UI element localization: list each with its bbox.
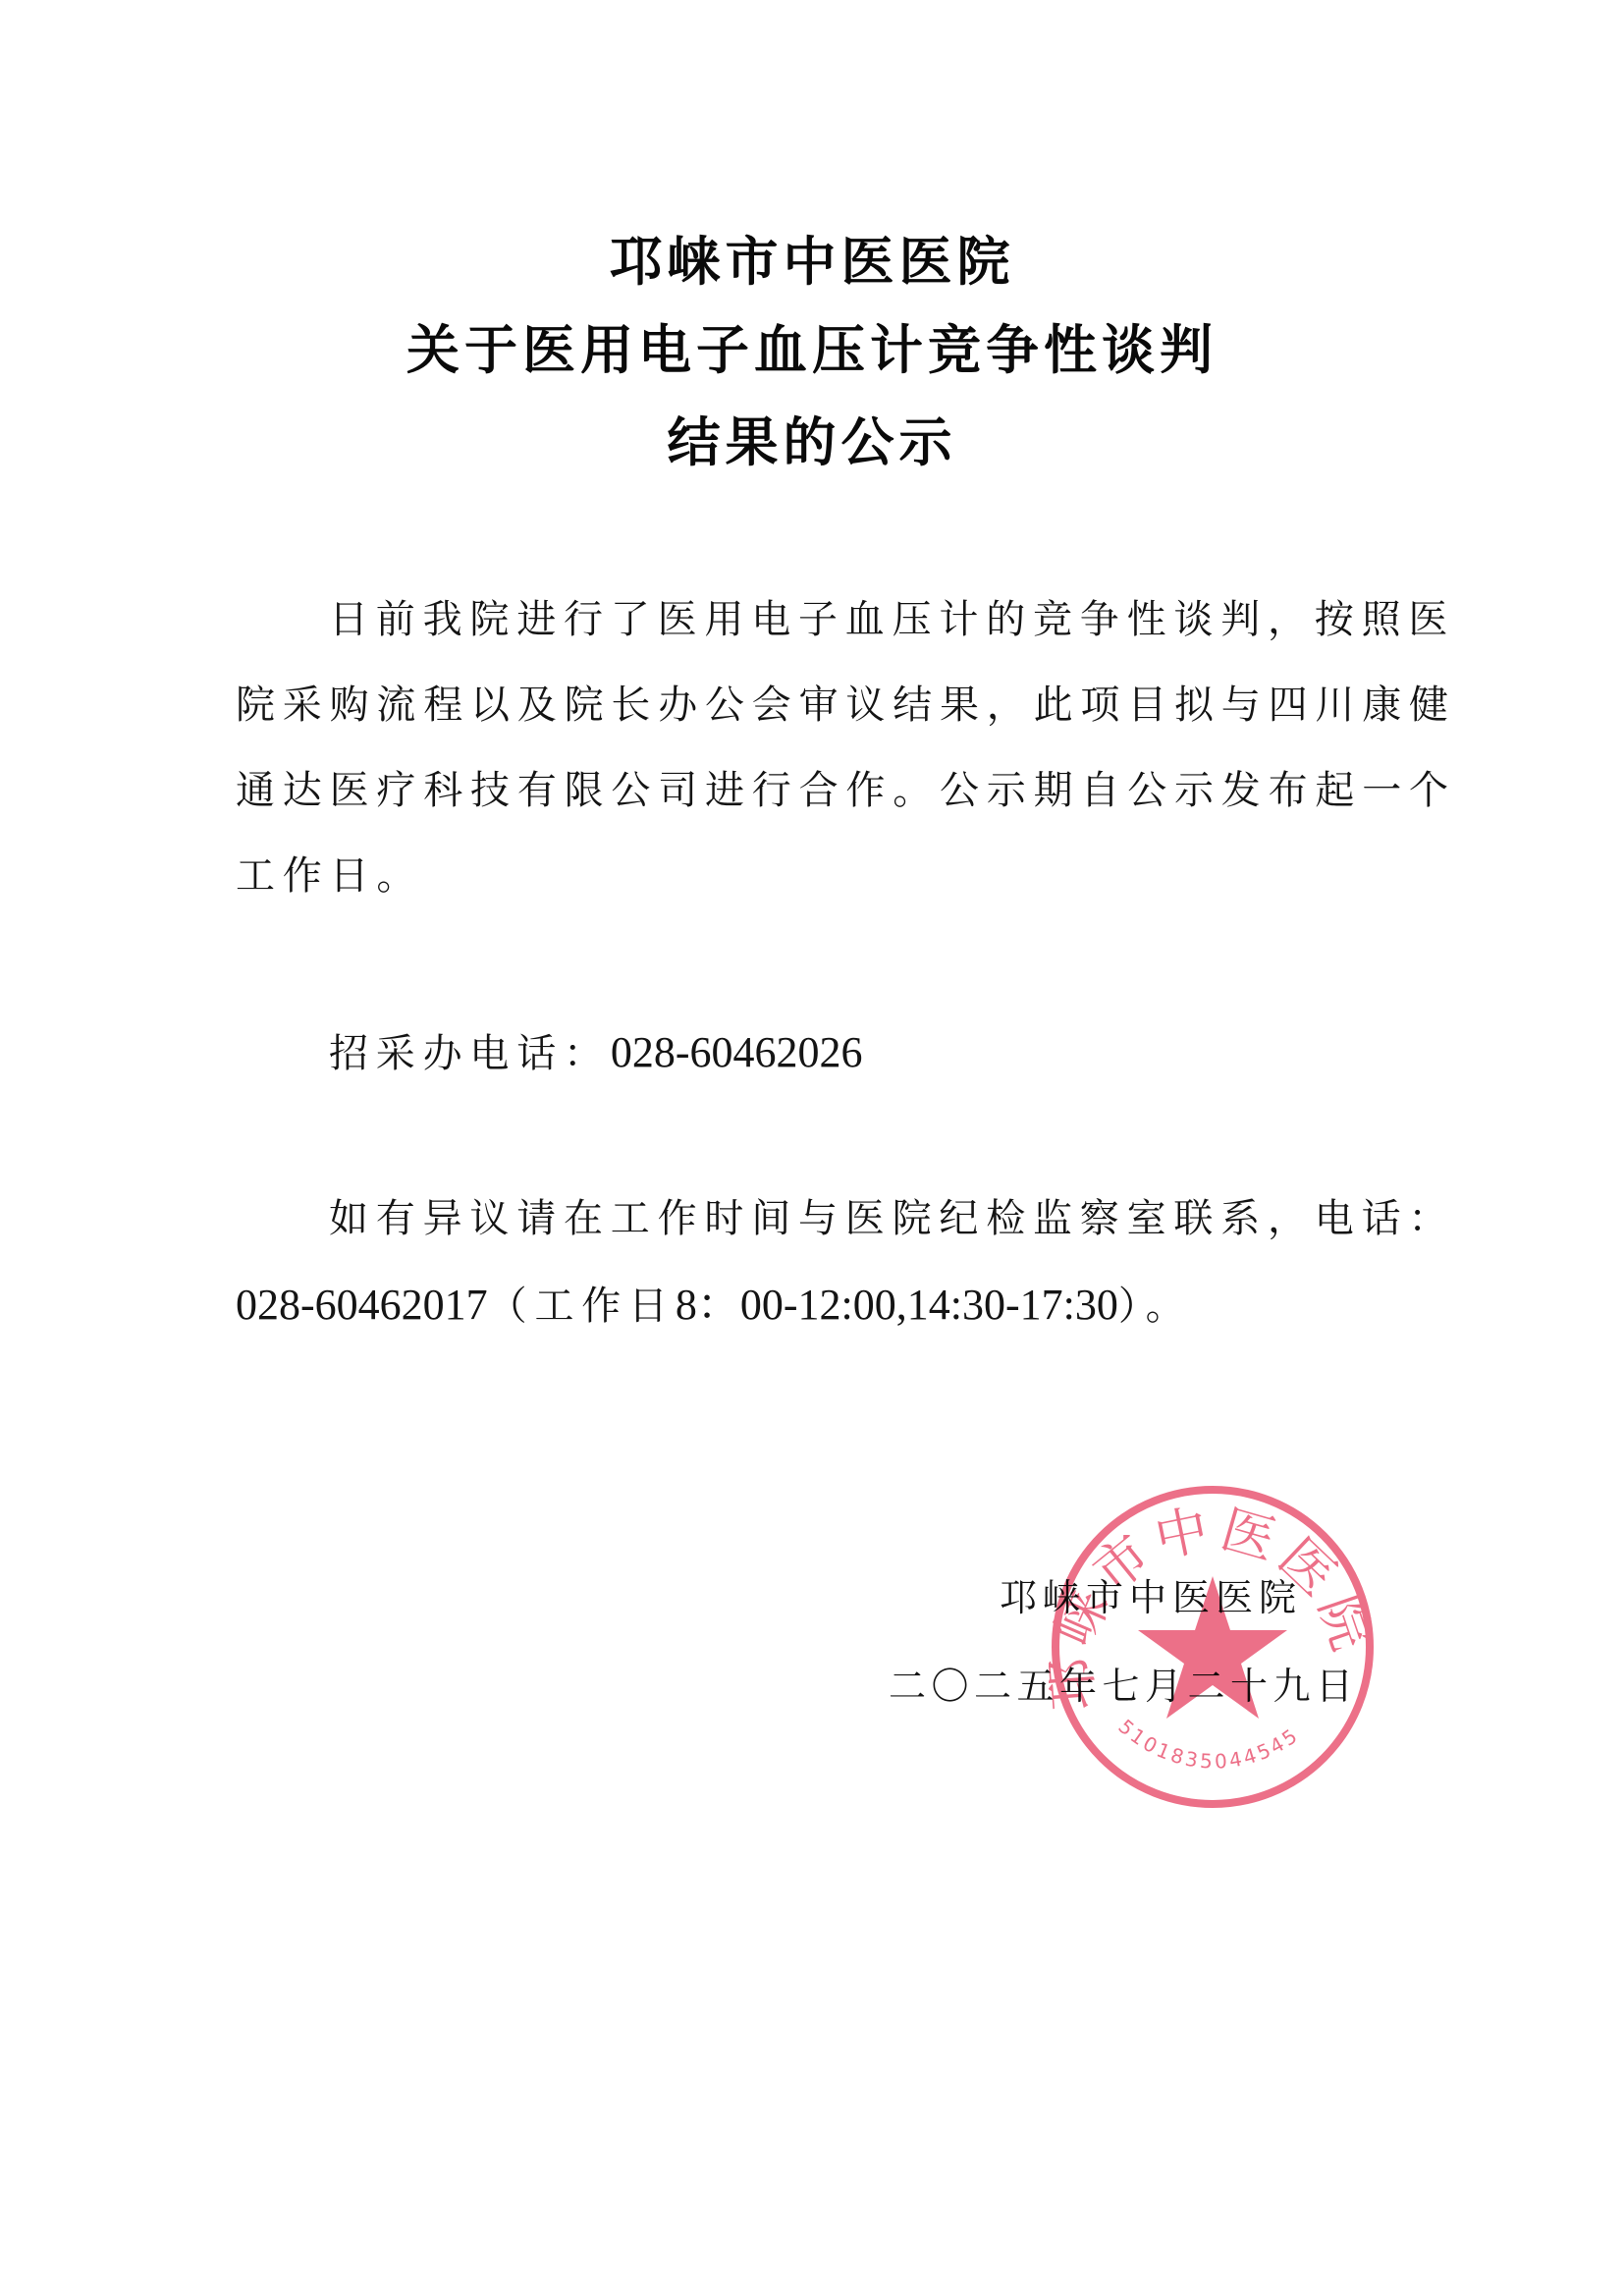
- office-hours-close: ）。: [1118, 1284, 1193, 1329]
- procurement-contact-label: 招采办电话：: [329, 1031, 611, 1076]
- paragraph-line-1: 日前我院进行了医用电子血压计的竞争性谈判，按照医: [236, 577, 1375, 663]
- procurement-contact: 招采办电话：028-60462026: [329, 1010, 862, 1097]
- office-hours-open: （工作日: [488, 1284, 676, 1329]
- objection-line-2: 028-60462017（工作日8：00-12:00,14:30-17:30）。: [236, 1262, 1192, 1349]
- paragraph-line-3: 通达医疗科技有限公司进行合作。公示期自公示发布起一个: [236, 748, 1375, 834]
- document-page: 邛崃市中医医院 关于医用电子血压计竞争性谈判 结果的公示 日前我院进行了医用电子…: [0, 0, 1624, 2296]
- office-hours: 8：00-12:00,14:30-17:30: [676, 1281, 1118, 1329]
- procurement-phone: 028-60462026: [611, 1028, 863, 1076]
- title-line-1: 邛崃市中医医院: [0, 232, 1624, 291]
- objection-line-1: 如有异议请在工作时间与医院纪检监察室联系，电话：: [329, 1176, 1455, 1262]
- paragraph-line-2: 院采购流程以及院长办公会审议结果，此项目拟与四川康健: [236, 663, 1375, 748]
- announcement-paragraph: 日前我院进行了医用电子血压计的竞争性谈判，按照医 院采购流程以及院长办公会审议结…: [236, 577, 1375, 919]
- paragraph-line-4: 工作日。: [236, 834, 1375, 919]
- title-line-2: 关于医用电子血压计竞争性谈判: [0, 320, 1624, 379]
- stamp-code: 5101835044545: [1113, 1715, 1303, 1774]
- official-seal-stamp: 邛崃市中医医院 5101835044545: [1049, 1483, 1377, 1811]
- star-icon: [1138, 1576, 1287, 1719]
- title-line-3: 结果的公示: [0, 412, 1624, 471]
- discipline-office-phone: 028-60462017: [236, 1281, 488, 1329]
